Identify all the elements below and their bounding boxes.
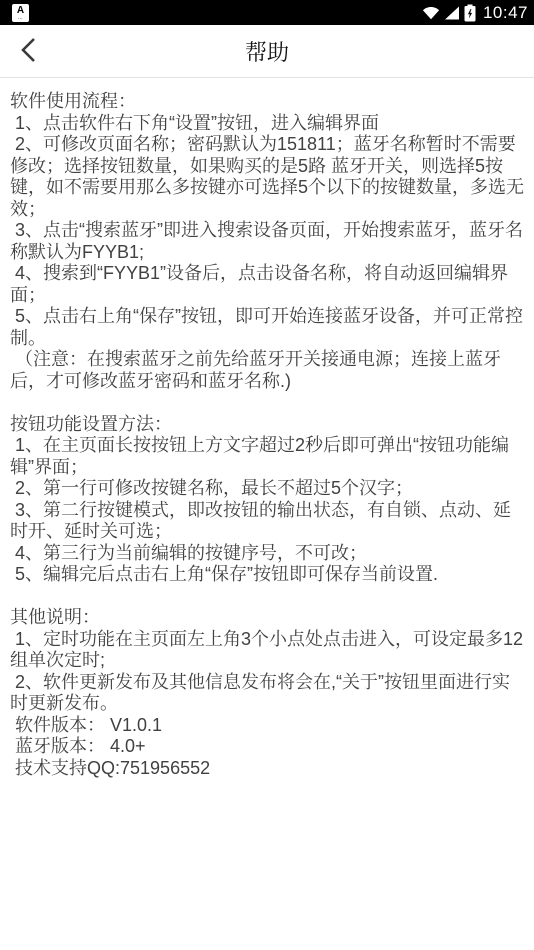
- app-bar: 帮助: [0, 25, 534, 77]
- wifi-icon: [422, 6, 440, 20]
- page-title: 帮助: [245, 36, 289, 67]
- bluetooth-version: 蓝牙版本： 4.0+: [10, 736, 526, 758]
- status-bar-clock: 10:47: [483, 3, 528, 23]
- phone-screen: A ... 10:47: [0, 0, 534, 950]
- battery-charging-icon: [464, 4, 476, 22]
- help-paragraph: 3、第二行按键模式，即改按钮的输出状态，有自锁、点动、延时开、延时关可选；: [10, 500, 526, 543]
- help-paragraph: 2、软件更新发布及其他信息发布将会在,“关于”按钮里面进行实时更新发布。: [10, 672, 526, 715]
- help-paragraph: 其他说明：: [10, 607, 526, 629]
- help-paragraph: （注意：在搜索蓝牙之前先给蓝牙开关接通电源；连接上蓝牙后，才可修改蓝牙密码和蓝牙…: [10, 349, 526, 392]
- help-paragraph: 5、点击右上角“保存”按钮，即可开始连接蓝牙设备，并可正常控制。: [10, 306, 526, 349]
- help-paragraph: 3、点击“搜索蓝牙”即进入搜索设备页面，开始搜索蓝牙，蓝牙名称默认为FYYB1;: [10, 220, 526, 263]
- status-bar: A ... 10:47: [0, 0, 534, 25]
- help-paragraph: 1、在主页面长按按钮上方文字超过2秒后即可弹出“按钮功能编辑”界面；: [10, 435, 526, 478]
- back-chevron-icon: [19, 36, 37, 67]
- software-version: 软件版本： V1.0.1: [10, 715, 526, 737]
- help-paragraph: 1、定时功能在主页面左上角3个小点处点击进入，可设定最多12组单次定时;: [10, 629, 526, 672]
- app-notification-icon-dots: ...: [18, 16, 23, 19]
- help-paragraph: 软件使用流程：: [10, 91, 526, 113]
- help-content[interactable]: 软件使用流程： 1、点击软件右下角“设置”按钮，进入编辑界面 2、可修改页面名称…: [0, 78, 534, 779]
- support-qq: 技术支持QQ:751956552: [10, 758, 526, 780]
- help-paragraph: 2、第一行可修改按键名称，最长不超过5个汉字；: [10, 478, 526, 500]
- help-paragraph: 1、点击软件右下角“设置”按钮，进入编辑界面: [10, 113, 526, 135]
- help-paragraph: 4、第三行为当前编辑的按键序号，不可改；: [10, 543, 526, 565]
- help-paragraph: 2、可修改页面名称；密码默认为151811；蓝牙名称暂时不需要修改；选择按钮数量…: [10, 134, 526, 220]
- help-paragraph: 按钮功能设置方法：: [10, 414, 526, 436]
- help-paragraph: 5、编辑完后点击右上角“保存”按钮即可保存当前设置.: [10, 564, 526, 586]
- section-button-settings: 按钮功能设置方法： 1、在主页面长按按钮上方文字超过2秒后即可弹出“按钮功能编辑…: [10, 414, 526, 586]
- help-paragraph: 4、搜索到“FYYB1”设备后，点击设备名称，将自动返回编辑界面；: [10, 263, 526, 306]
- cellular-signal-icon: [444, 6, 460, 20]
- section-other-notes: 其他说明： 1、定时功能在主页面左上角3个小点处点击进入，可设定最多12组单次定…: [10, 607, 526, 779]
- section-usage-flow: 软件使用流程： 1、点击软件右下角“设置”按钮，进入编辑界面 2、可修改页面名称…: [10, 91, 526, 392]
- app-notification-icon: A ...: [12, 4, 29, 22]
- back-button[interactable]: [6, 25, 50, 77]
